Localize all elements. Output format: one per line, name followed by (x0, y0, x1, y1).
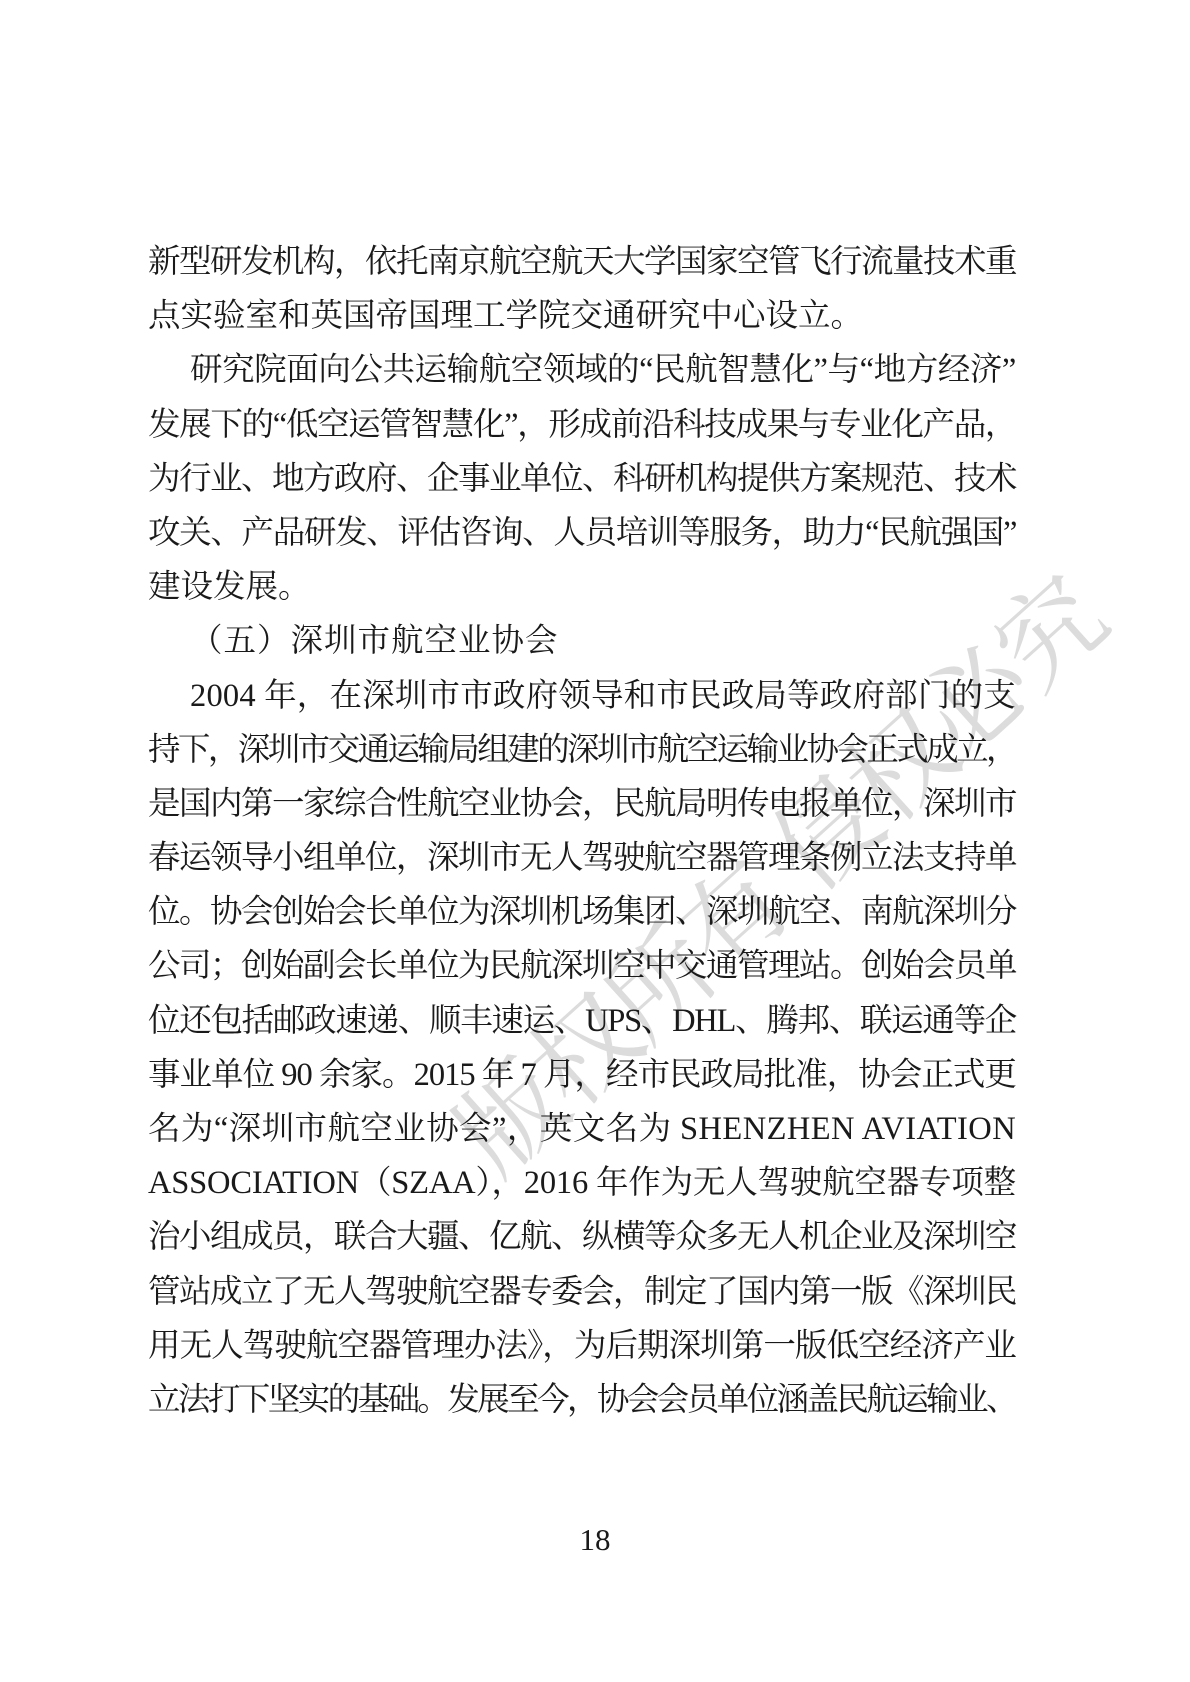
document-body: 新型研发机构，依托南京航空航天大学国家空管飞行流量技术重点实验室和英国帝国理工学… (148, 235, 1016, 1427)
text-line-content: 立法打下坚实的基础。发展至今，协会会员单位涵盖民航运输业、 (148, 1382, 1016, 1418)
text-line-content: 名为“深圳市航空业协会”，英文名为 SHENZHEN AVIATION (148, 1111, 1016, 1147)
text-line: 新型研发机构，依托南京航空航天大学国家空管飞行流量技术重 (148, 235, 1016, 289)
text-line-content: 公司；创始副会长单位为民航深圳空中交通管理站。创始会员单 (148, 948, 1016, 984)
text-line: 建设发展。 (148, 560, 1016, 614)
text-line: 位。协会创始会长单位为深圳机场集团、深圳航空、南航深圳分 (148, 885, 1016, 939)
text-line: 公司；创始副会长单位为民航深圳空中交通管理站。创始会员单 (148, 939, 1016, 993)
text-line: ASSOCIATION（SZAA），2016 年作为无人驾驶航空器专项整 (148, 1156, 1016, 1210)
text-line: 持下，深圳市交通运输局组建的深圳市航空运输业协会正式成立， (148, 723, 1016, 777)
text-line: 事业单位 90 余家。2015 年 7 月，经市民政局批准，协会正式更 (148, 1048, 1016, 1102)
text-line: 2004 年，在深圳市市政府领导和市民政局等政府部门的支 (148, 669, 1016, 723)
section-heading: （五）深圳市航空业协会 (148, 614, 1016, 668)
text-line-content: 位还包括邮政速递、顺丰速运、UPS、DHL、腾邦、联运通等企 (148, 1003, 1016, 1039)
text-line-content: 用无人驾驶航空器管理办法》，为后期深圳第一版低空经济产业 (148, 1328, 1016, 1364)
text-line-content: 发展下的“低空运管智慧化”，形成前沿科技成果与专业化产品， (148, 407, 1016, 443)
text-line-content: 新型研发机构，依托南京航空航天大学国家空管飞行流量技术重 (148, 244, 1016, 280)
text-line: 治小组成员，联合大疆、亿航、纵横等众多无人机企业及深圳空 (148, 1210, 1016, 1264)
text-line-content: 点实验室和英国帝国理工学院交通研究中心设立。 (148, 298, 863, 334)
text-line-content: 事业单位 90 余家。2015 年 7 月，经市民政局批准，协会正式更 (148, 1057, 1016, 1093)
document-page: 版权所有 侵权必究 新型研发机构，依托南京航空航天大学国家空管飞行流量技术重点实… (0, 0, 1190, 1682)
text-line: 管站成立了无人驾驶航空器专委会，制定了国内第一版《深圳民 (148, 1265, 1016, 1319)
page-number: 18 (0, 1520, 1190, 1560)
text-line-content: 管站成立了无人驾驶航空器专委会，制定了国内第一版《深圳民 (148, 1274, 1016, 1310)
text-line: 是国内第一家综合性航空业协会，民航局明传电报单位，深圳市 (148, 777, 1016, 831)
text-line: 名为“深圳市航空业协会”，英文名为 SHENZHEN AVIATION (148, 1102, 1016, 1156)
text-line-content: 持下，深圳市交通运输局组建的深圳市航空运输业协会正式成立， (148, 732, 1016, 768)
text-line: 为行业、地方政府、企事业单位、科研机构提供方案规范、技术 (148, 452, 1016, 506)
text-line-content: 位。协会创始会长单位为深圳机场集团、深圳航空、南航深圳分 (148, 894, 1016, 930)
text-line-content: 2004 年，在深圳市市政府领导和市民政局等政府部门的支 (190, 678, 1016, 714)
text-line-content: 攻关、产品研发、评估咨询、人员培训等服务，助力“民航强国” (148, 515, 1016, 551)
text-line: 位还包括邮政速递、顺丰速运、UPS、DHL、腾邦、联运通等企 (148, 994, 1016, 1048)
text-line: 研究院面向公共运输航空领域的“民航智慧化”与“地方经济” (148, 343, 1016, 397)
text-line: 点实验室和英国帝国理工学院交通研究中心设立。 (148, 289, 1016, 343)
text-line-content: ASSOCIATION（SZAA），2016 年作为无人驾驶航空器专项整 (148, 1165, 1016, 1201)
text-line: 立法打下坚实的基础。发展至今，协会会员单位涵盖民航运输业、 (148, 1373, 1016, 1427)
section-heading-text: （五）深圳市航空业协会 (190, 623, 559, 659)
text-line-content: 春运领导小组单位，深圳市无人驾驶航空器管理条例立法支持单 (148, 840, 1016, 876)
text-line-content: 是国内第一家综合性航空业协会，民航局明传电报单位，深圳市 (148, 786, 1016, 822)
text-line-content: 为行业、地方政府、企事业单位、科研机构提供方案规范、技术 (148, 461, 1016, 497)
text-line: 春运领导小组单位，深圳市无人驾驶航空器管理条例立法支持单 (148, 831, 1016, 885)
text-line-content: 研究院面向公共运输航空领域的“民航智慧化”与“地方经济” (190, 352, 1016, 388)
text-line: 发展下的“低空运管智慧化”，形成前沿科技成果与专业化产品， (148, 398, 1016, 452)
text-line-content: 治小组成员，联合大疆、亿航、纵横等众多无人机企业及深圳空 (148, 1219, 1016, 1255)
text-line-content: 建设发展。 (148, 569, 311, 605)
text-line: 攻关、产品研发、评估咨询、人员培训等服务，助力“民航强国” (148, 506, 1016, 560)
text-line: 用无人驾驶航空器管理办法》，为后期深圳第一版低空经济产业 (148, 1319, 1016, 1373)
